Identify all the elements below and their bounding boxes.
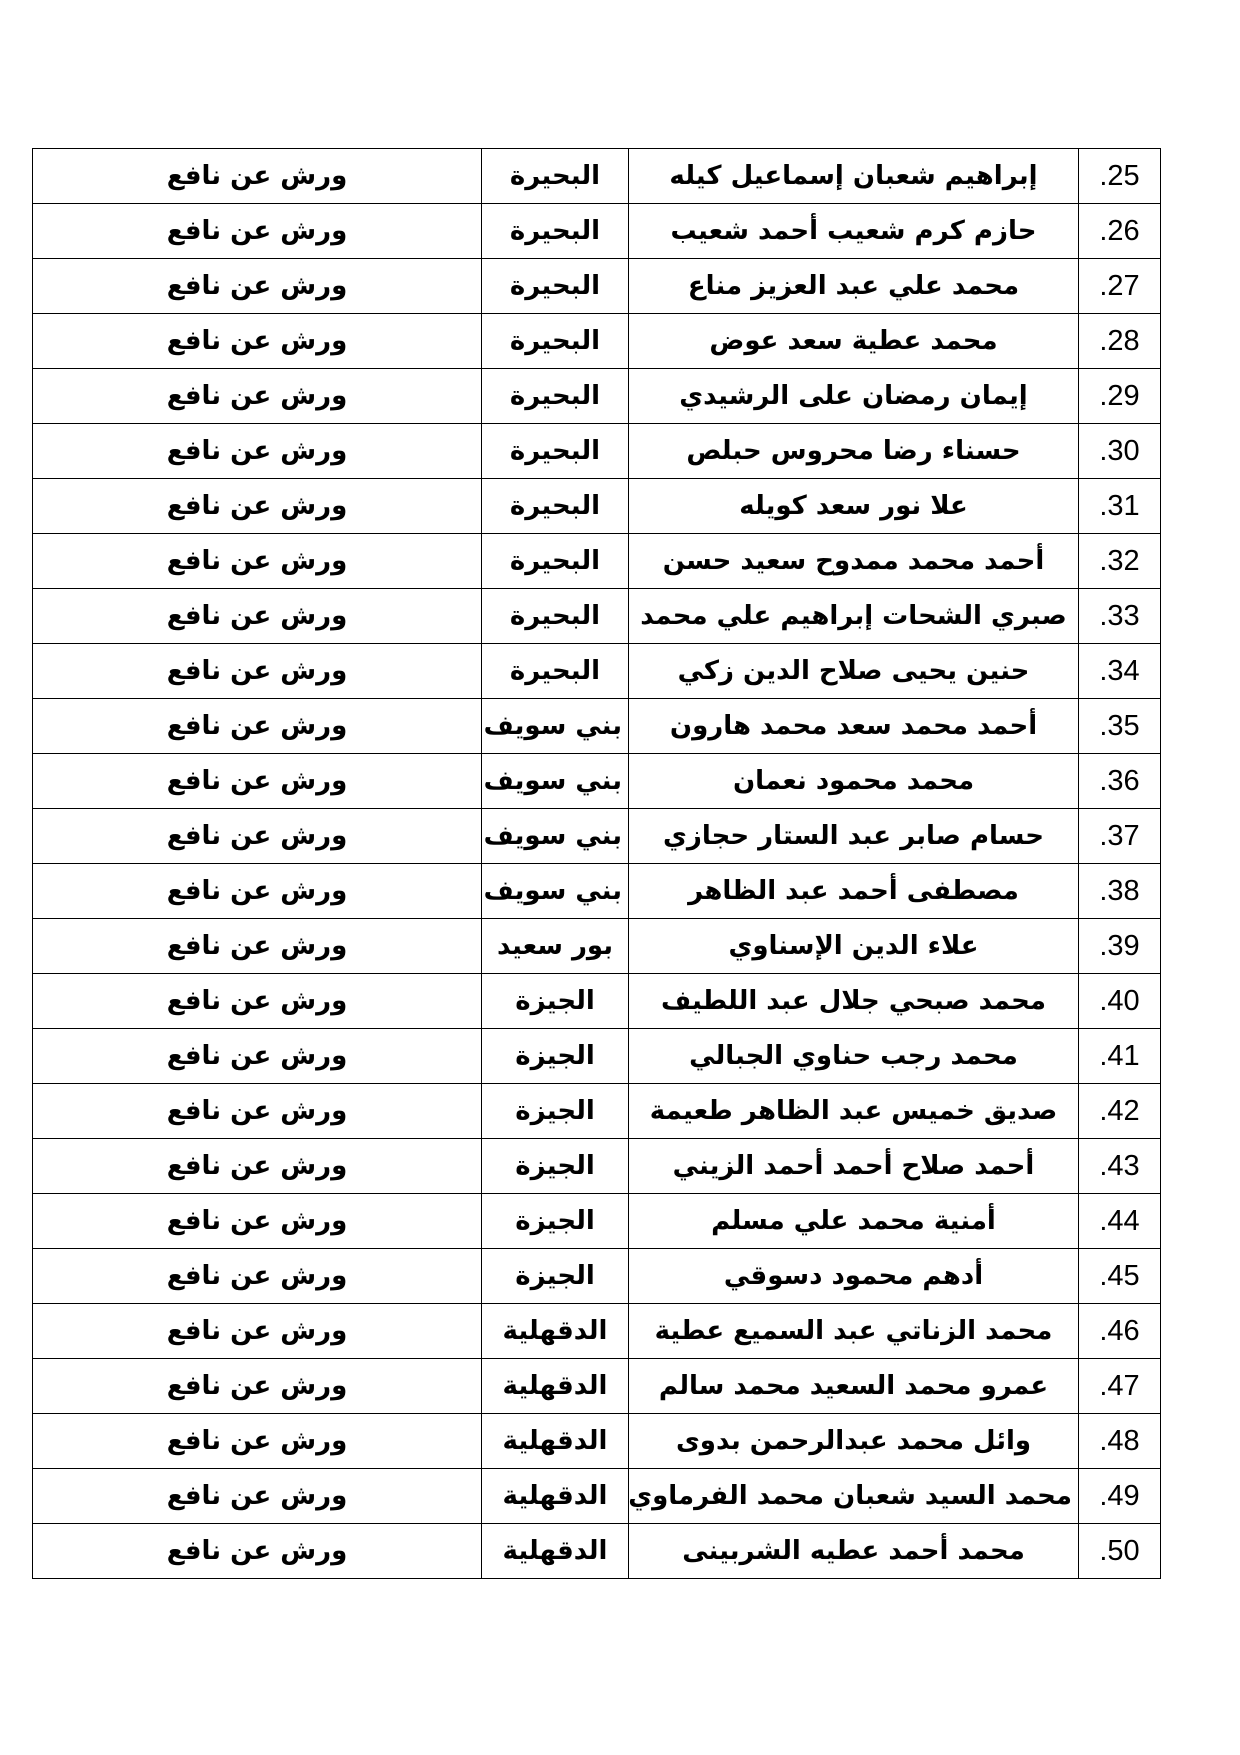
participant-name-cell: محمد السيد شعبان محمد الفرماوي [629,1469,1079,1524]
participant-name-cell: أحمد محمد سعد محمد هارون [629,699,1079,754]
row-number-cell: 50. [1079,1524,1161,1579]
participant-name-cell: مصطفى أحمد عبد الظاهر [629,864,1079,919]
governorate-cell: البحيرة [482,149,629,204]
row-number-cell: 48. [1079,1414,1161,1469]
narration-cell: ورش عن نافع [33,1249,482,1304]
narration-cell: ورش عن نافع [33,644,482,699]
row-number-cell: 28. [1079,314,1161,369]
governorate-cell: البحيرة [482,314,629,369]
governorate-cell: البحيرة [482,479,629,534]
row-number-cell: 45. [1079,1249,1161,1304]
governorate-cell: البحيرة [482,534,629,589]
governorate-cell: الجيزة [482,1194,629,1249]
narration-cell: ورش عن نافع [33,1029,482,1084]
row-number-cell: 40. [1079,974,1161,1029]
table-row: 40. محمد صبحي جلال عبد اللطيف الجيزة ورش… [33,974,1161,1029]
participant-name-cell: محمد علي عبد العزيز مناع [629,259,1079,314]
narration-cell: ورش عن نافع [33,1084,482,1139]
narration-cell: ورش عن نافع [33,1414,482,1469]
participant-name-cell: إيمان رمضان على الرشيدي [629,369,1079,424]
table-row: 50. محمد أحمد عطيه الشربينى الدقهلية ورش… [33,1524,1161,1579]
governorate-cell: الجيزة [482,1029,629,1084]
participant-name-cell: حسناء رضا محروس حبلص [629,424,1079,479]
table-row: 39. علاء الدين الإسناوي بور سعيد ورش عن … [33,919,1161,974]
table-row: 36. محمد محمود نعمان بني سويف ورش عن ناف… [33,754,1161,809]
row-number-cell: 27. [1079,259,1161,314]
participant-name-cell: صديق خميس عبد الظاهر طعيمة [629,1084,1079,1139]
governorate-cell: البحيرة [482,259,629,314]
participant-name-cell: محمد عطية سعد عوض [629,314,1079,369]
narration-cell: ورش عن نافع [33,1194,482,1249]
narration-cell: ورش عن نافع [33,919,482,974]
governorate-cell: الجيزة [482,974,629,1029]
table-row: 25. إبراهيم شعبان إسماعيل كيله البحيرة و… [33,149,1161,204]
narration-cell: ورش عن نافع [33,479,482,534]
narration-cell: ورش عن نافع [33,754,482,809]
narration-cell: ورش عن نافع [33,314,482,369]
participant-name-cell: محمد أحمد عطيه الشربينى [629,1524,1079,1579]
table-row: 31. علا نور سعد كويله البحيرة ورش عن ناف… [33,479,1161,534]
participants-table-body: 25. إبراهيم شعبان إسماعيل كيله البحيرة و… [33,149,1161,1579]
narration-cell: ورش عن نافع [33,424,482,479]
table-row: 28. محمد عطية سعد عوض البحيرة ورش عن ناف… [33,314,1161,369]
narration-cell: ورش عن نافع [33,1469,482,1524]
row-number-cell: 31. [1079,479,1161,534]
governorate-cell: الدقهلية [482,1304,629,1359]
participant-name-cell: علاء الدين الإسناوي [629,919,1079,974]
row-number-cell: 38. [1079,864,1161,919]
row-number-cell: 47. [1079,1359,1161,1414]
governorate-cell: البحيرة [482,369,629,424]
governorate-cell: الدقهلية [482,1359,629,1414]
table-row: 47. عمرو محمد السعيد محمد سالم الدقهلية … [33,1359,1161,1414]
row-number-cell: 37. [1079,809,1161,864]
row-number-cell: 35. [1079,699,1161,754]
governorate-cell: البحيرة [482,424,629,479]
narration-cell: ورش عن نافع [33,534,482,589]
row-number-cell: 41. [1079,1029,1161,1084]
narration-cell: ورش عن نافع [33,699,482,754]
row-number-cell: 44. [1079,1194,1161,1249]
governorate-cell: الدقهلية [482,1524,629,1579]
participant-name-cell: حنين يحيى صلاح الدين زكي [629,644,1079,699]
table-row: 33. صبري الشحات إبراهيم علي محمد البحيرة… [33,589,1161,644]
participant-name-cell: إبراهيم شعبان إسماعيل كيله [629,149,1079,204]
governorate-cell: الدقهلية [482,1414,629,1469]
table-row: 26. حازم كرم شعيب أحمد شعيب البحيرة ورش … [33,204,1161,259]
participant-name-cell: حسام صابر عبد الستار حجازي [629,809,1079,864]
governorate-cell: بور سعيد [482,919,629,974]
governorate-cell: البحيرة [482,589,629,644]
row-number-cell: 25. [1079,149,1161,204]
narration-cell: ورش عن نافع [33,1304,482,1359]
participant-name-cell: علا نور سعد كويله [629,479,1079,534]
narration-cell: ورش عن نافع [33,1524,482,1579]
governorate-cell: الجيزة [482,1249,629,1304]
table-row: 32. أحمد محمد ممدوح سعيد حسن البحيرة ورش… [33,534,1161,589]
row-number-cell: 33. [1079,589,1161,644]
participant-name-cell: أدهم محمود دسوقي [629,1249,1079,1304]
table-row: 30. حسناء رضا محروس حبلص البحيرة ورش عن … [33,424,1161,479]
participant-name-cell: أحمد صلاح أحمد أحمد الزيني [629,1139,1079,1194]
participant-name-cell: محمد رجب حناوي الجبالي [629,1029,1079,1084]
participant-name-cell: أحمد محمد ممدوح سعيد حسن [629,534,1079,589]
participant-name-cell: محمد صبحي جلال عبد اللطيف [629,974,1079,1029]
table-row: 27. محمد علي عبد العزيز مناع البحيرة ورش… [33,259,1161,314]
row-number-cell: 46. [1079,1304,1161,1359]
participant-name-cell: أمنية محمد علي مسلم [629,1194,1079,1249]
participant-name-cell: صبري الشحات إبراهيم علي محمد [629,589,1079,644]
participant-name-cell: وائل محمد عبدالرحمن بدوى [629,1414,1079,1469]
row-number-cell: 49. [1079,1469,1161,1524]
governorate-cell: البحيرة [482,204,629,259]
governorate-cell: بني سويف [482,809,629,864]
table-row: 46. محمد الزناتي عبد السميع عطية الدقهلي… [33,1304,1161,1359]
narration-cell: ورش عن نافع [33,204,482,259]
row-number-cell: 36. [1079,754,1161,809]
governorate-cell: الجيزة [482,1084,629,1139]
governorate-cell: بني سويف [482,864,629,919]
participants-table: 25. إبراهيم شعبان إسماعيل كيله البحيرة و… [32,148,1161,1579]
governorate-cell: الجيزة [482,1139,629,1194]
row-number-cell: 32. [1079,534,1161,589]
table-row: 37. حسام صابر عبد الستار حجازي بني سويف … [33,809,1161,864]
narration-cell: ورش عن نافع [33,149,482,204]
table-row: 43. أحمد صلاح أحمد أحمد الزيني الجيزة ور… [33,1139,1161,1194]
participant-name-cell: محمد محمود نعمان [629,754,1079,809]
narration-cell: ورش عن نافع [33,589,482,644]
narration-cell: ورش عن نافع [33,369,482,424]
table-row: 35. أحمد محمد سعد محمد هارون بني سويف ور… [33,699,1161,754]
table-row: 48. وائل محمد عبدالرحمن بدوى الدقهلية ور… [33,1414,1161,1469]
narration-cell: ورش عن نافع [33,259,482,314]
table-row: 42. صديق خميس عبد الظاهر طعيمة الجيزة ور… [33,1084,1161,1139]
governorate-cell: الدقهلية [482,1469,629,1524]
table-row: 45. أدهم محمود دسوقي الجيزة ورش عن نافع [33,1249,1161,1304]
governorate-cell: البحيرة [482,644,629,699]
narration-cell: ورش عن نافع [33,1139,482,1194]
table-row: 44. أمنية محمد علي مسلم الجيزة ورش عن نا… [33,1194,1161,1249]
row-number-cell: 26. [1079,204,1161,259]
participant-name-cell: عمرو محمد السعيد محمد سالم [629,1359,1079,1414]
governorate-cell: بني سويف [482,754,629,809]
narration-cell: ورش عن نافع [33,974,482,1029]
narration-cell: ورش عن نافع [33,809,482,864]
participant-name-cell: محمد الزناتي عبد السميع عطية [629,1304,1079,1359]
row-number-cell: 34. [1079,644,1161,699]
row-number-cell: 29. [1079,369,1161,424]
narration-cell: ورش عن نافع [33,864,482,919]
table-row: 49. محمد السيد شعبان محمد الفرماوي الدقه… [33,1469,1161,1524]
table-row: 38. مصطفى أحمد عبد الظاهر بني سويف ورش ع… [33,864,1161,919]
governorate-cell: بني سويف [482,699,629,754]
row-number-cell: 43. [1079,1139,1161,1194]
table-row: 29. إيمان رمضان على الرشيدي البحيرة ورش … [33,369,1161,424]
document-page: 25. إبراهيم شعبان إسماعيل كيله البحيرة و… [0,0,1240,1755]
row-number-cell: 39. [1079,919,1161,974]
row-number-cell: 42. [1079,1084,1161,1139]
narration-cell: ورش عن نافع [33,1359,482,1414]
participant-name-cell: حازم كرم شعيب أحمد شعيب [629,204,1079,259]
table-row: 41. محمد رجب حناوي الجبالي الجيزة ورش عن… [33,1029,1161,1084]
table-row: 34. حنين يحيى صلاح الدين زكي البحيرة ورش… [33,644,1161,699]
row-number-cell: 30. [1079,424,1161,479]
